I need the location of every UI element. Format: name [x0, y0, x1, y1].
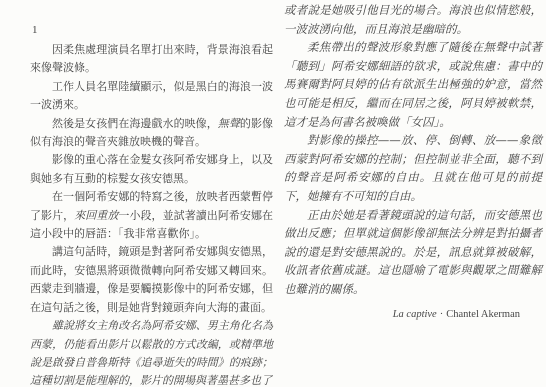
attribution-separator: · — [437, 309, 447, 320]
right-column: 或者說是她吸引他目光的場合。海浪也似情慾般，一波波湧向他，而且海浪是幽暗的。 柔… — [284, 0, 542, 387]
paragraph-commentary: 雖說將女主角改名為阿希安娜、男主角化名為西蒙，仍能看出影片以鬆散的方式改編，或精… — [30, 317, 273, 387]
paragraph-commentary: 對影像的操控——放、停、倒轉、放——象徵西蒙對阿希安娜的控制；但控制並非全面，聽… — [284, 131, 542, 205]
emphasized-text: 無聲 — [218, 117, 240, 130]
book-page: 1 因柔焦處理演員名單打出來時，背景海浪看起來像聲波條。 工作人員名單陸續顯示，… — [0, 0, 546, 387]
paragraph-commentary: 或者說是她吸引他目光的場合。海浪也似情慾般，一波波湧向他，而且海浪是幽暗的。 — [284, 1, 542, 38]
emphasized-text: 來回重放 — [74, 209, 118, 222]
attribution-author: Chantel Akerman — [446, 309, 520, 320]
attribution: La captive·Chantel Akerman — [284, 308, 542, 322]
section-number: 1 — [32, 21, 273, 39]
paragraph: 因柔焦處理演員名單打出來時，背景海浪看起來像聲波條。 — [30, 41, 273, 78]
paragraph: 工作人員名單陸續顯示，似是黑白的海浪一波一波湧來。 — [30, 78, 273, 115]
left-column: 1 因柔焦處理演員名單打出來時，背景海浪看起來像聲波條。 工作人員名單陸續顯示，… — [30, 0, 273, 387]
paragraph: 在一個阿希安娜的特寫之後，放映者西蒙暫停了影片，來回重放一小段，並試著讀出阿希安… — [30, 188, 273, 243]
paragraph-commentary: 正由於她是看著鏡頭說的這句話，而安德黑也做出反應；但單就這個影像卻無法分辨是對拍… — [284, 206, 542, 299]
paragraph-commentary: 柔焦帶出的聲波形象對應了隨後在無聲中試著「聽到」阿希安娜細語的欲求，或說焦慮：書… — [284, 38, 542, 131]
film-title: La captive — [393, 309, 437, 320]
paragraph-text: 然後是女孩們在海邊戲水的映像， — [52, 118, 218, 130]
paragraph: 然後是女孩們在海邊戲水的映像，無聲的影像似有海浪的聲音夾雜放映機的聲音。 — [30, 115, 273, 152]
paragraph: 影像的重心落在金髮女孩阿希安娜身上，以及與她多有互動的棕髮女孩安德黑。 — [30, 151, 273, 188]
paragraph: 講這句話時，鏡頭是對著阿希安娜與安德黑，而此時，安德黑將頭微微轉向阿希安娜又轉回… — [30, 243, 273, 317]
